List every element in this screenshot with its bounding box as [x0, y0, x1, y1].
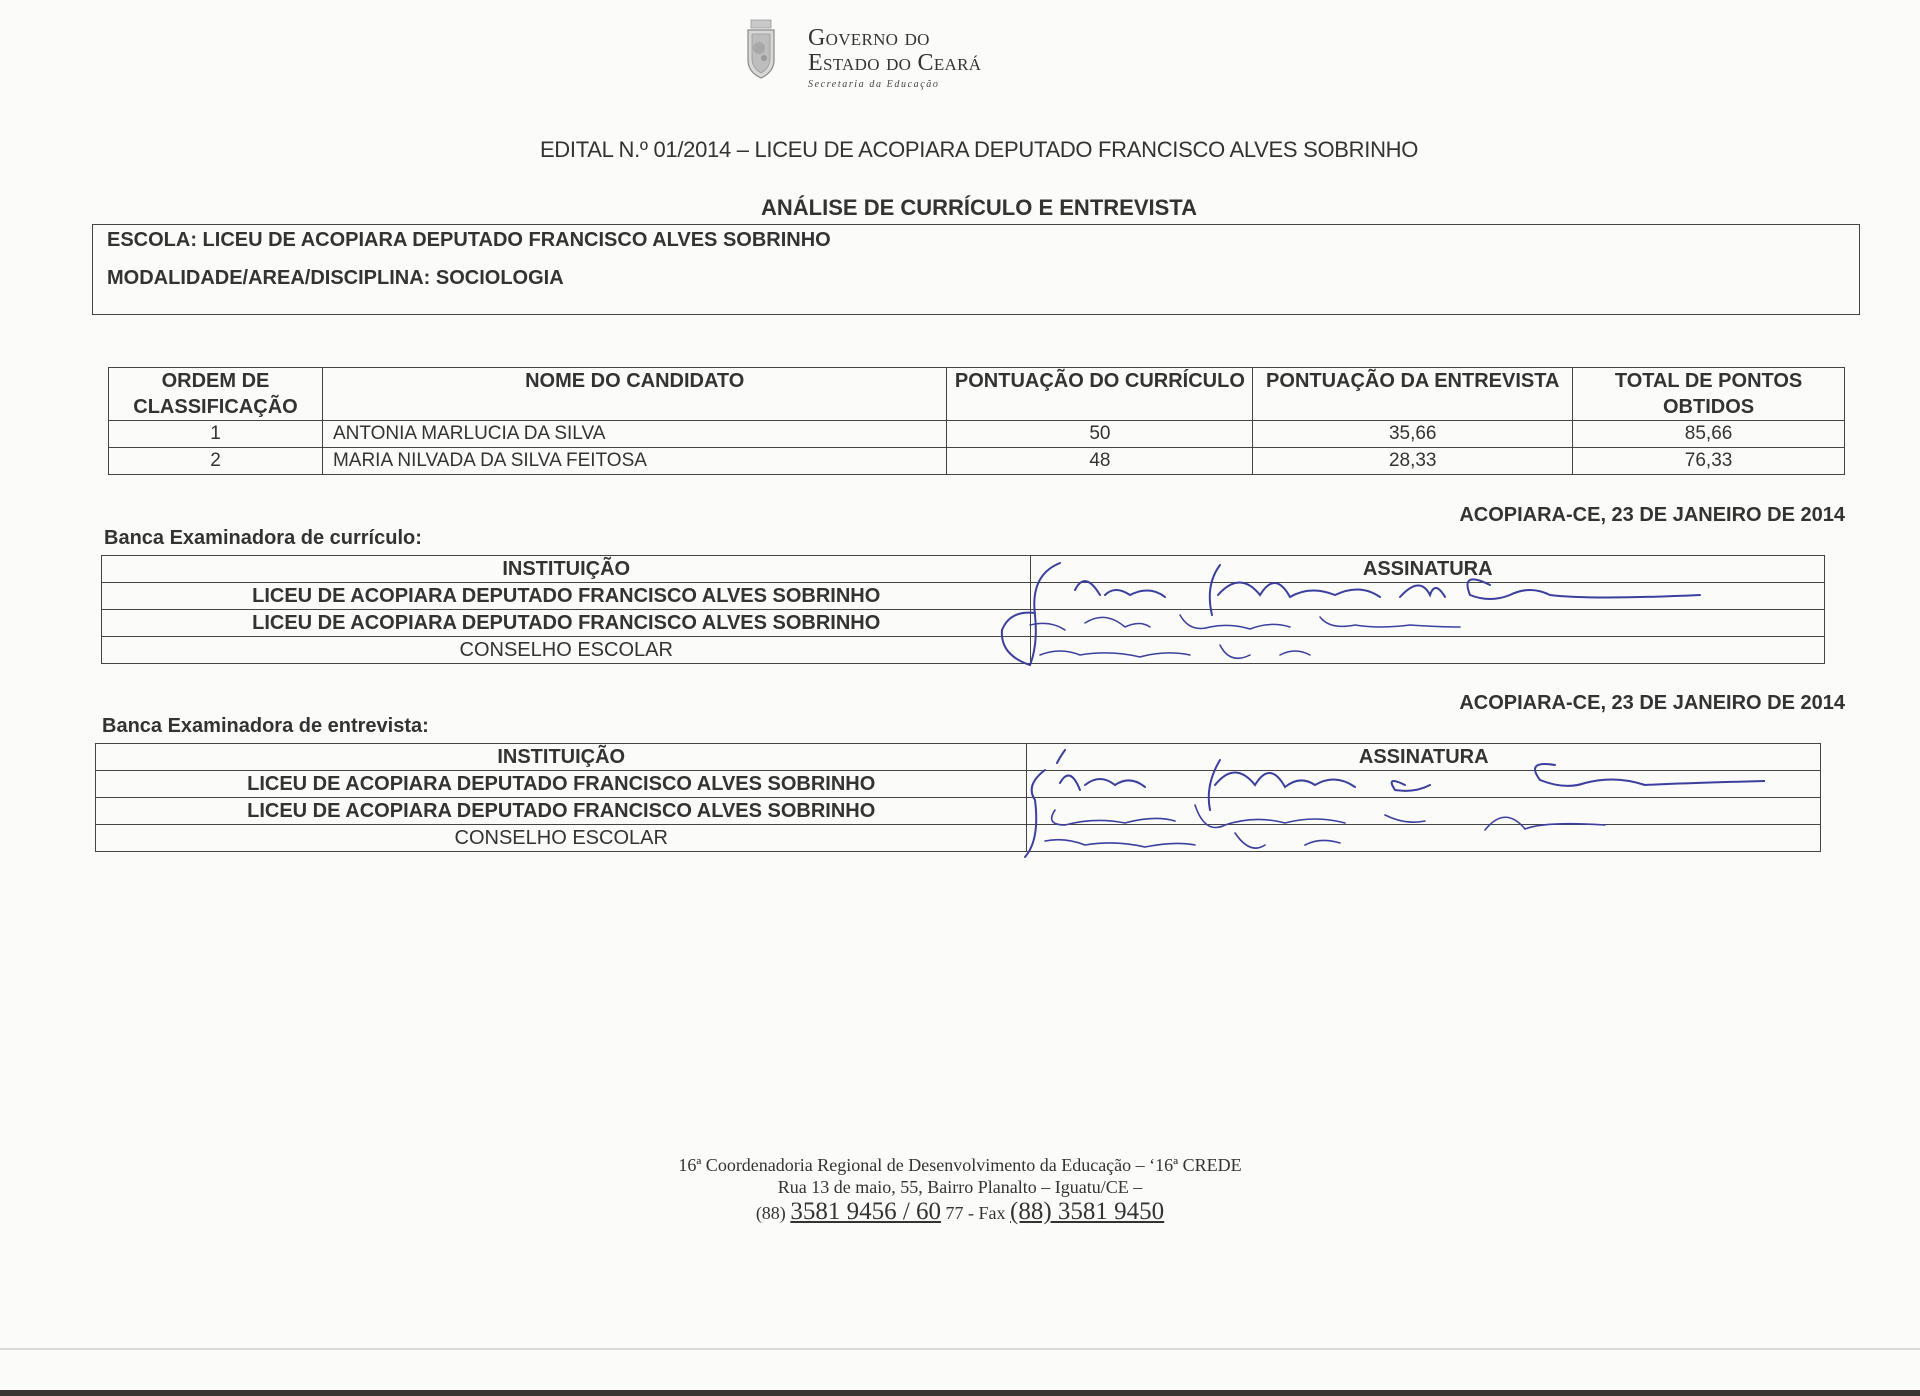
school-name: ESCOLA: LICEU DE ACOPIARA DEPUTADO FRANC… — [107, 229, 831, 252]
header-ordem: ORDEM DE CLASSIFICAÇÃO — [109, 368, 323, 421]
date-curriculo: ACOPIARA-CE, 23 DE JANEIRO DE 2014 — [1459, 504, 1845, 527]
signature-cell — [1031, 637, 1825, 664]
cell-instituicao: CONSELHO ESCOLAR — [102, 637, 1031, 664]
cell-entrevista: 28,33 — [1253, 448, 1573, 475]
cell-instituicao: LICEU DE ACOPIARA DEPUTADO FRANCISCO ALV… — [102, 583, 1031, 610]
cell-instituicao: CONSELHO ESCOLAR — [96, 825, 1027, 852]
table-row: 2 MARIA NILVADA DA SILVA FEITOSA 48 28,3… — [109, 448, 1845, 475]
cell-total: 85,66 — [1573, 421, 1845, 448]
cell-total: 76,33 — [1573, 448, 1845, 475]
school-info-box: ESCOLA: LICEU DE ACOPIARA DEPUTADO FRANC… — [92, 224, 1860, 315]
footer-org: 16ª Coordenadoria Regional de Desenvolvi… — [0, 1154, 1920, 1176]
table-row: LICEU DE ACOPIARA DEPUTADO FRANCISCO ALV… — [102, 610, 1825, 637]
table-row: CONSELHO ESCOLAR — [96, 825, 1821, 852]
table-row: LICEU DE ACOPIARA DEPUTADO FRANCISCO ALV… — [102, 583, 1825, 610]
header-assinatura: ASSINATURA — [1031, 556, 1825, 583]
cell-curriculo: 48 — [947, 448, 1253, 475]
table-row: 1 ANTONIA MARLUCIA DA SILVA 50 35,66 85,… — [109, 421, 1845, 448]
results-table: ORDEM DE CLASSIFICAÇÃO NOME DO CANDIDATO… — [108, 367, 1845, 475]
cell-entrevista: 35,66 — [1253, 421, 1573, 448]
header-total: TOTAL DE PONTOS OBTIDOS — [1573, 368, 1845, 421]
phone-number: 3581 9456 / 60 — [790, 1198, 941, 1225]
cell-ordem: 1 — [109, 421, 323, 448]
table-row: CONSELHO ESCOLAR — [102, 637, 1825, 664]
cell-instituicao: LICEU DE ACOPIARA DEPUTADO FRANCISCO ALV… — [96, 798, 1027, 825]
cell-instituicao: LICEU DE ACOPIARA DEPUTADO FRANCISCO ALV… — [102, 610, 1031, 637]
letterhead: Governo do Estado do Ceará Secretaria da… — [808, 26, 981, 90]
scan-fold-line — [0, 1348, 1920, 1350]
cell-nome: ANTONIA MARLUCIA DA SILVA — [322, 421, 947, 448]
fax-number: (88) 3581 9450 — [1010, 1198, 1164, 1225]
results-header-row: ORDEM DE CLASSIFICAÇÃO NOME DO CANDIDATO… — [109, 368, 1845, 421]
signature-cell — [1027, 798, 1821, 825]
scan-border — [0, 1390, 1920, 1396]
letterhead-subtitle: Secretaria da Educação — [808, 79, 981, 90]
phone-suffix: 77 - Fax — [946, 1203, 1006, 1223]
signature-cell — [1031, 610, 1825, 637]
footer-street: Rua 13 de maio, 55, Bairro Planalto – Ig… — [0, 1176, 1920, 1198]
signature-cell — [1027, 825, 1821, 852]
letterhead-line-2: Estado do Ceará — [808, 51, 981, 76]
footer-phones: (88) 3581 9456 / 60 77 - Fax (88) 3581 9… — [0, 1198, 1920, 1227]
section-title: ANÁLISE DE CURRÍCULO E ENTREVISTA — [0, 195, 1920, 221]
table-row: LICEU DE ACOPIARA DEPUTADO FRANCISCO ALV… — [96, 771, 1821, 798]
banca-curriculo-table: INSTITUIÇÃO ASSINATURA LICEU DE ACOPIARA… — [101, 555, 1825, 664]
signature-cell — [1027, 771, 1821, 798]
table-row: LICEU DE ACOPIARA DEPUTADO FRANCISCO ALV… — [96, 798, 1821, 825]
banca-header-row: INSTITUIÇÃO ASSINATURA — [102, 556, 1825, 583]
cell-nome: MARIA NILVADA DA SILVA FEITOSA — [322, 448, 947, 475]
cell-curriculo: 50 — [947, 421, 1253, 448]
header-curriculo: PONTUAÇÃO DO CURRÍCULO — [947, 368, 1253, 421]
discipline: MODALIDADE/AREA/DISCIPLINA: SOCIOLOGIA — [107, 267, 564, 290]
header-instituicao: INSTITUIÇÃO — [102, 556, 1031, 583]
cell-ordem: 2 — [109, 448, 323, 475]
edital-title: EDITAL N.º 01/2014 – LICEU DE ACOPIARA D… — [0, 137, 1920, 163]
date-entrevista: ACOPIARA-CE, 23 DE JANEIRO DE 2014 — [1459, 692, 1845, 715]
header-nome: NOME DO CANDIDATO — [322, 368, 947, 421]
letterhead-line-1: Governo do — [808, 26, 981, 51]
banca-entrevista-label: Banca Examinadora de entrevista: — [102, 715, 429, 738]
phone-prefix: (88) — [756, 1203, 786, 1223]
footer-address: 16ª Coordenadoria Regional de Desenvolvi… — [0, 1154, 1920, 1227]
banca-header-row: INSTITUIÇÃO ASSINATURA — [96, 744, 1821, 771]
coat-of-arms-icon — [746, 18, 776, 80]
header-assinatura: ASSINATURA — [1027, 744, 1821, 771]
banca-entrevista-table: INSTITUIÇÃO ASSINATURA LICEU DE ACOPIARA… — [95, 743, 1821, 852]
header-instituicao: INSTITUIÇÃO — [96, 744, 1027, 771]
banca-curriculo-label: Banca Examinadora de currículo: — [104, 527, 422, 550]
signature-cell — [1031, 583, 1825, 610]
header-entrevista: PONTUAÇÃO DA ENTREVISTA — [1253, 368, 1573, 421]
cell-instituicao: LICEU DE ACOPIARA DEPUTADO FRANCISCO ALV… — [96, 771, 1027, 798]
